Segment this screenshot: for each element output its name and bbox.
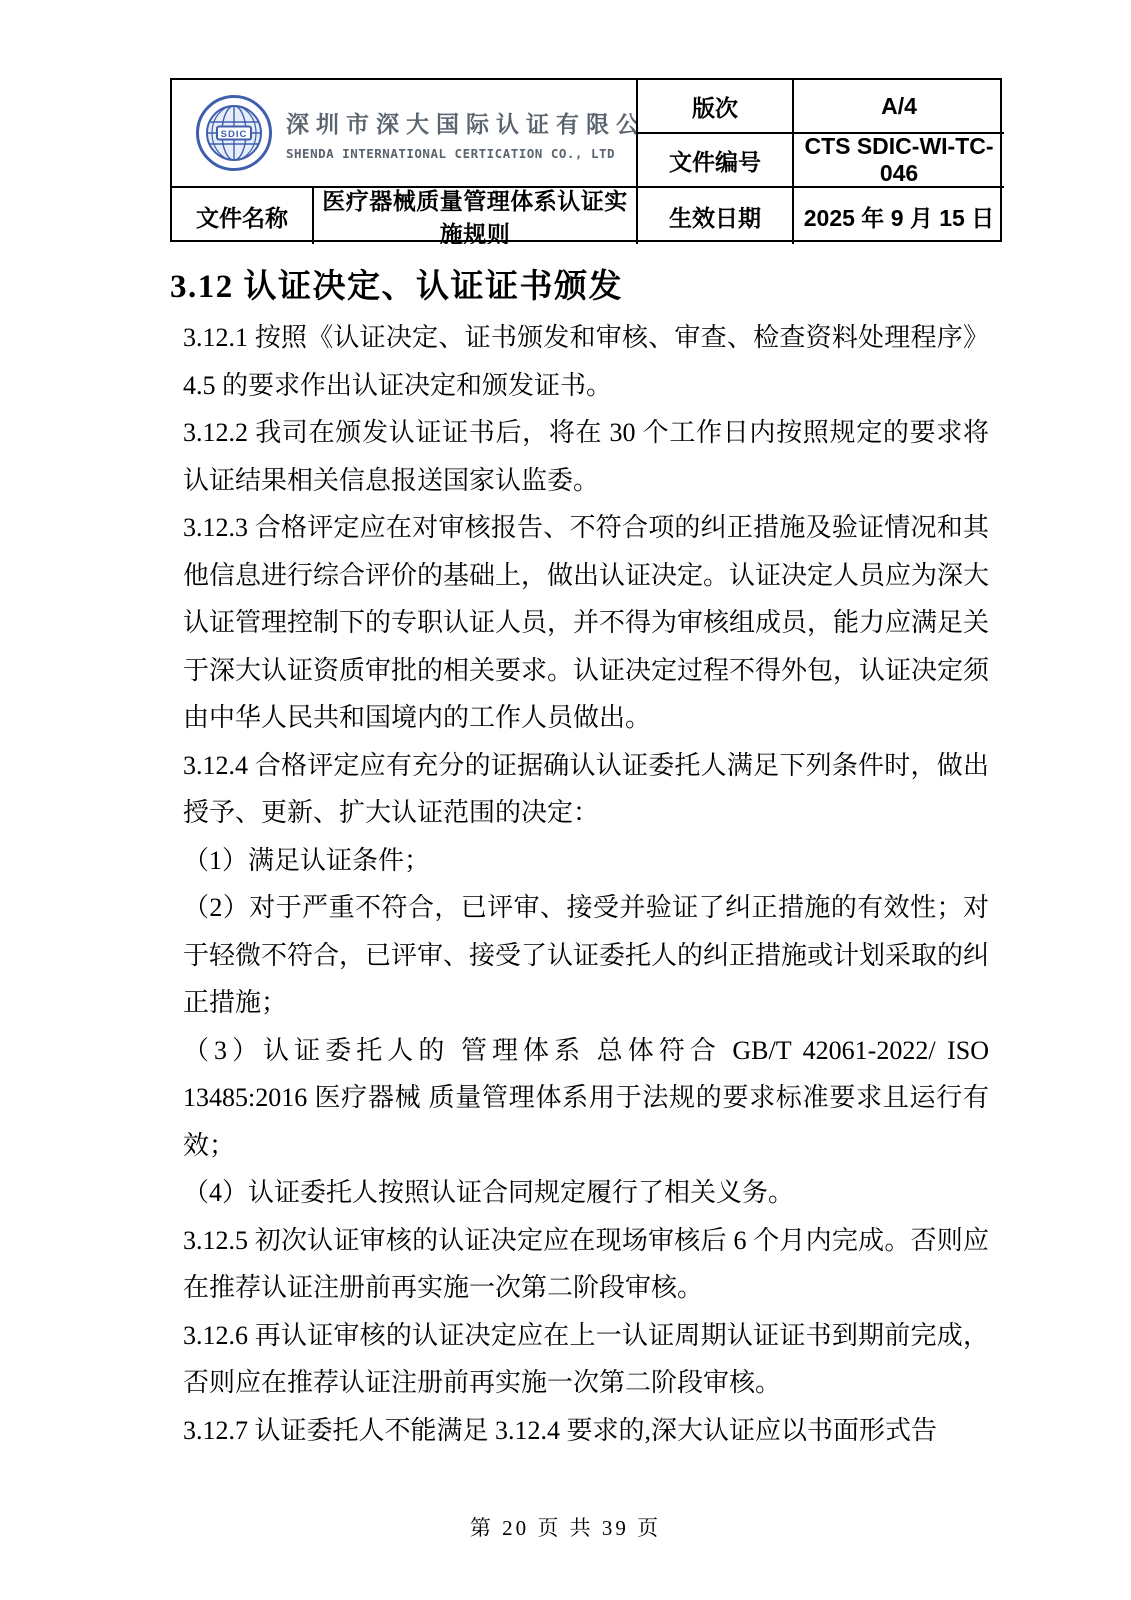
svg-text:SDIC: SDIC — [221, 129, 248, 140]
document-page: SDIC 深圳市深大国际认证有限公司 SHENDA INTERNATIONAL … — [0, 0, 1131, 1600]
section-title: 3.12 认证决定、认证证书颁发 — [170, 260, 623, 307]
effective-date-label: 生效日期 — [638, 188, 794, 244]
company-name-cn: 深圳市深大国际认证有限公司 — [286, 106, 638, 139]
body-paragraph: 3.12.2 我司在颁发认证证书后，将在 30 个工作日内按照规定的要求将认证结… — [183, 409, 989, 504]
body-paragraph: 3.12.6 再认证审核的认证决定应在上一认证周期认证证书到期前完成，否则应在推… — [183, 1312, 989, 1407]
document-header-table: SDIC 深圳市深大国际认证有限公司 SHENDA INTERNATIONAL … — [170, 78, 1002, 242]
doc-name-value: 医疗器械质量管理体系认证实施规则 — [314, 188, 638, 244]
body-paragraph: （1）满足认证条件； — [183, 837, 989, 885]
company-header-cell: SDIC 深圳市深大国际认证有限公司 SHENDA INTERNATIONAL … — [172, 80, 638, 188]
doc-number-label: 文件编号 — [638, 134, 794, 188]
body-paragraph: 3.12.4 合格评定应有充分的证据确认认证委托人满足下列条件时，做出授予、更新… — [183, 742, 989, 837]
doc-name-label: 文件名称 — [172, 188, 314, 244]
body-paragraph: （4）认证委托人按照认证合同规定履行了相关义务。 — [183, 1169, 989, 1217]
version-label: 版次 — [638, 80, 794, 134]
body-paragraph: （3）认证委托人的 管理体系 总体符合 GB/T 42061-2022/ ISO… — [183, 1027, 989, 1170]
body-paragraph: （2）对于严重不符合，已评审、接受并验证了纠正措施的有效性；对于轻微不符合，已评… — [183, 884, 989, 1027]
effective-date-value: 2025 年 9 月 15 日 — [794, 188, 1004, 244]
section-body: 3.12.1 按照《认证决定、证书颁发和审核、审查、检查资料处理程序》4.5 的… — [183, 314, 989, 1454]
company-name-block: 深圳市深大国际认证有限公司 SHENDA INTERNATIONAL CERTI… — [286, 106, 638, 161]
body-paragraph: 3.12.1 按照《认证决定、证书颁发和审核、审查、检查资料处理程序》4.5 的… — [183, 314, 989, 409]
body-paragraph: 3.12.5 初次认证审核的认证决定应在现场审核后 6 个月内完成。否则应在推荐… — [183, 1217, 989, 1312]
body-paragraph: 3.12.3 合格评定应在对审核报告、不符合项的纠正措施及验证情况和其他信息进行… — [183, 504, 989, 742]
doc-number-value: CTS SDIC-WI-TC-046 — [794, 134, 1004, 188]
body-paragraph: 3.12.7 认证委托人不能满足 3.12.4 要求的,深大认证应以书面形式告 — [183, 1407, 989, 1455]
page-number-footer: 第 20 页 共 39 页 — [0, 1512, 1131, 1542]
version-value: A/4 — [794, 80, 1004, 134]
company-name-en: SHENDA INTERNATIONAL CERTICATION CO., LT… — [286, 146, 638, 161]
sdic-logo-icon: SDIC — [194, 93, 274, 173]
